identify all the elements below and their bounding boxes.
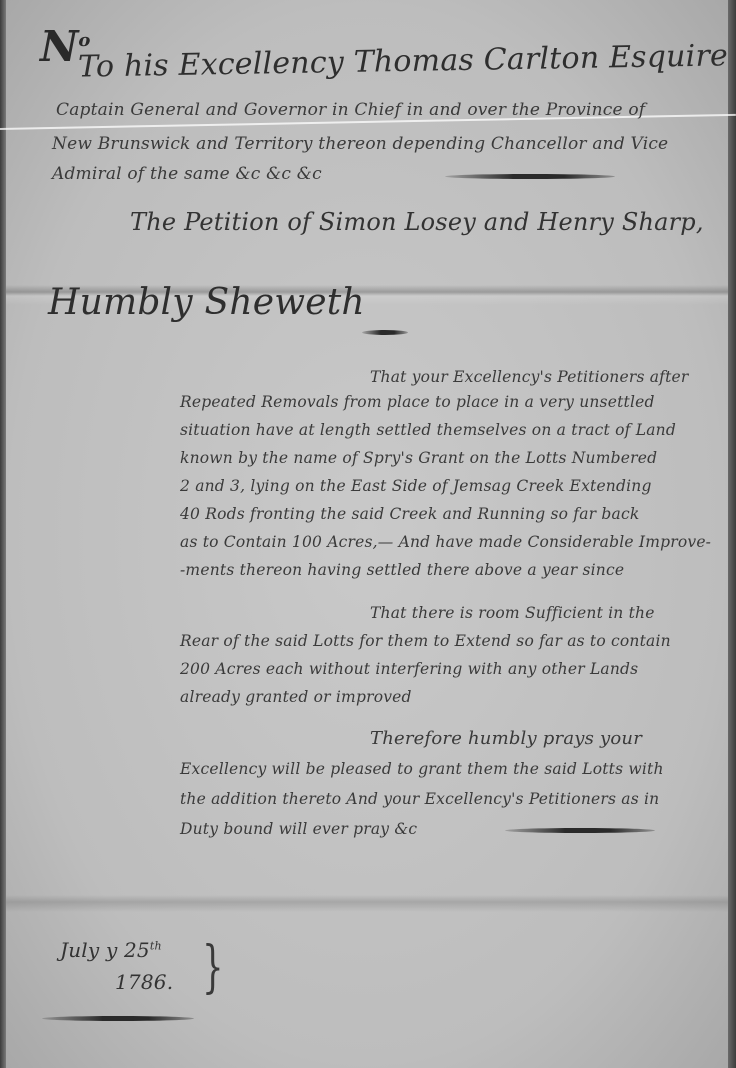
salutation: Humbly Sheweth <box>48 282 365 323</box>
address-line-2: Captain General and Governor in Chief in… <box>56 100 645 120</box>
petition-title: The Petition of Simon Losey and Henry Sh… <box>130 208 704 236</box>
flourish-dash <box>445 174 615 179</box>
brace-mark: } <box>202 935 223 1000</box>
text-line: Therefore humbly prays your <box>370 728 642 749</box>
flourish-dash <box>505 828 655 833</box>
text-line: Repeated Removals from place to place in… <box>180 393 655 411</box>
scan-right-edge <box>728 0 736 1068</box>
flourish-dash <box>42 1016 194 1021</box>
text-line: as to Contain 100 Acres,— And have made … <box>180 533 711 551</box>
text-line: 2 and 3, lying on the East Side of Jemsa… <box>180 477 652 495</box>
text-line: situation have at length settled themsel… <box>180 421 676 439</box>
text-line: 40 Rods fronting the said Creek and Runn… <box>180 505 639 523</box>
text-line: 200 Acres each without interfering with … <box>180 660 638 678</box>
text-line: That there is room Sufficient in the <box>370 604 655 622</box>
address-line-4: Admiral of the same &c &c &c <box>52 164 322 184</box>
text-line: -ments thereon having settled there abov… <box>180 561 624 579</box>
text-line: Excellency will be pleased to grant them… <box>180 760 664 778</box>
text-line: the addition thereto And your Excellency… <box>180 790 659 808</box>
text-line: known by the name of Spry's Grant on the… <box>180 449 657 467</box>
text-line: That your Excellency's Petitioners after <box>370 368 689 386</box>
date-line-2: 1786. <box>115 970 173 994</box>
date-line-1: July y 25th <box>60 938 162 962</box>
text-line: Rear of the said Lotts for them to Exten… <box>180 632 671 650</box>
text-line: Duty bound will ever pray &c <box>180 820 417 838</box>
flourish-dash <box>362 330 408 335</box>
text-line: already granted or improved <box>180 688 412 706</box>
address-line-3: New Brunswick and Territory thereon depe… <box>52 134 668 154</box>
